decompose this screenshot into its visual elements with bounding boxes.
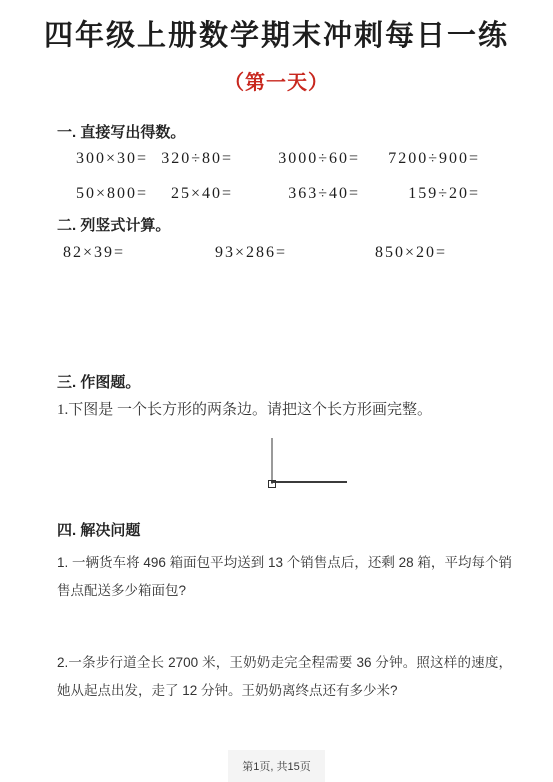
vertical-side-line <box>271 438 273 484</box>
worksheet-title: 四年级上册数学期末冲刺每日一练 <box>0 19 553 53</box>
right-angle-mark-icon <box>268 480 276 488</box>
oral-calc-problem: 363÷40= <box>233 184 360 204</box>
horizontal-side-line <box>271 481 347 483</box>
section-4-heading: 四. 解决问题 <box>57 521 140 541</box>
oral-calc-problem: 7200÷900= <box>360 149 480 169</box>
oral-calc-problem: 159÷20= <box>360 184 480 204</box>
day-subtitle: （第一天） <box>0 70 553 96</box>
column-calc-problem: 82×39= <box>63 243 215 263</box>
section-3-heading: 三. 作图题。 <box>57 373 140 393</box>
section-1-heading: 一. 直接写出得数。 <box>57 123 185 143</box>
column-calc-problem: 93×286= <box>215 243 375 263</box>
section-2-heading: 二. 列竖式计算。 <box>57 216 170 236</box>
oral-calc-problem: 50×800= <box>0 184 148 204</box>
oral-calc-problem: 25×40= <box>148 184 233 204</box>
oral-calc-row-1: 300×30= 320÷80= 3000÷60= 7200÷900= <box>0 149 480 169</box>
drawing-problem-text: 1.下图是 一个长方形的两条边。请把这个长方形画完整。 <box>57 399 517 421</box>
word-problem-2: 2.一条步行道全长 2700 米，王奶奶走完全程需要 36 分钟。照这样的速度，… <box>57 649 512 705</box>
oral-calc-problem: 320÷80= <box>148 149 233 169</box>
page-footer: 第1页, 共15页 <box>0 750 553 782</box>
oral-calc-problem: 3000÷60= <box>233 149 360 169</box>
oral-calc-problem: 300×30= <box>0 149 148 169</box>
column-calc-row: 82×39= 93×286= 850×20= <box>63 243 525 263</box>
page-number-label: 第1页, 共15页 <box>228 750 324 782</box>
column-calc-problem: 850×20= <box>375 243 525 263</box>
oral-calc-row-2: 50×800= 25×40= 363÷40= 159÷20= <box>0 184 480 204</box>
worksheet-page: 四年级上册数学期末冲刺每日一练 （第一天） 一. 直接写出得数。 300×30=… <box>0 0 553 782</box>
word-problem-1: 1. 一辆货车将 496 箱面包平均送到 13 个销售点后，还剩 28 箱，平均… <box>57 549 512 605</box>
